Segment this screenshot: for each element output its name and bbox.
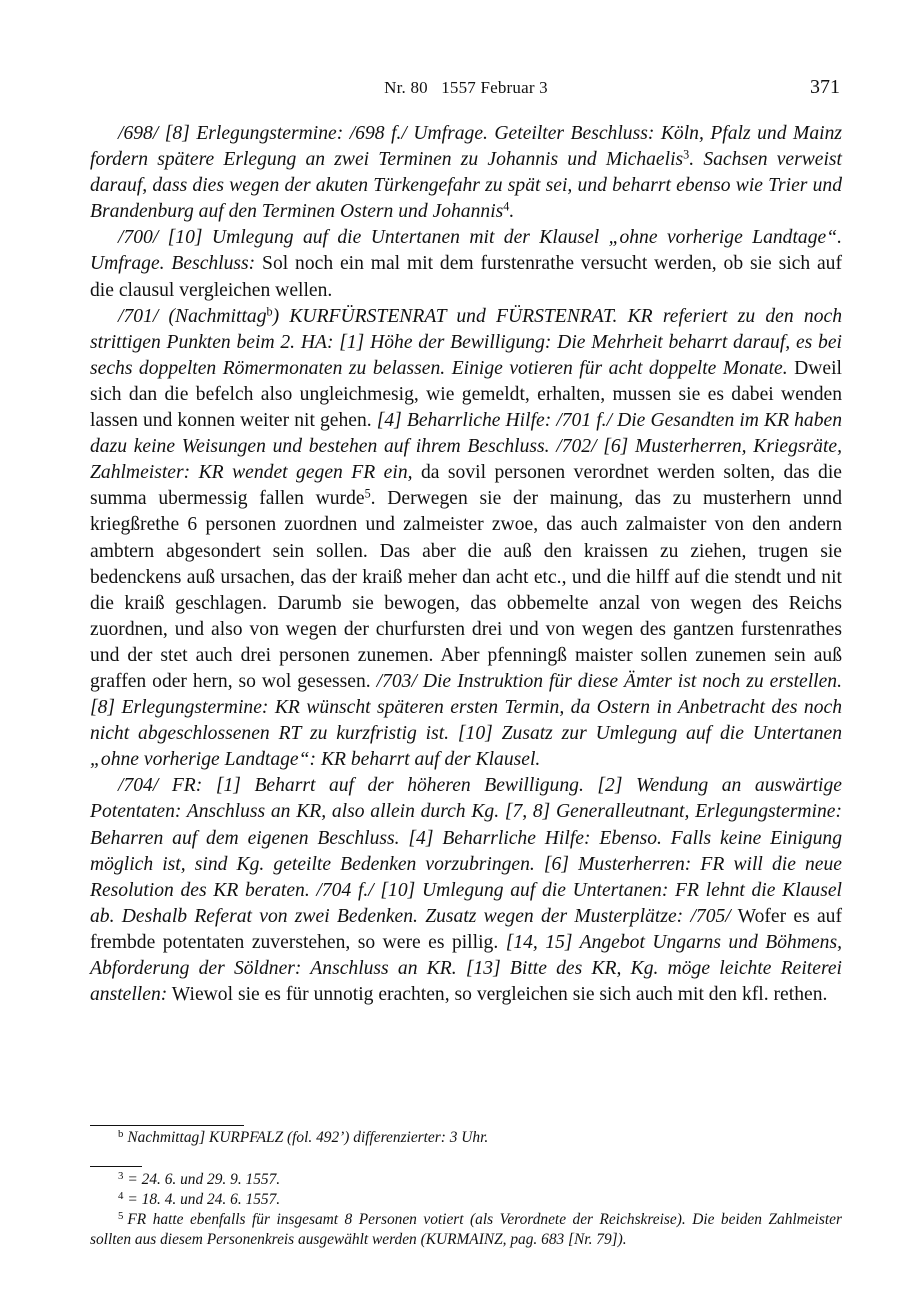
footnote-mark: 5 bbox=[118, 1210, 123, 1222]
footnotes-rule bbox=[90, 1166, 142, 1167]
textual-notes: bNachmittag] KURPFALZ (fol. 492’) differ… bbox=[90, 1128, 842, 1148]
footnote: 5FR hatte ebenfalls für insgesamt 8 Pers… bbox=[90, 1210, 842, 1250]
editorial-summary: . bbox=[509, 201, 514, 222]
footnote-text: FR hatte ebenfalls für insgesamt 8 Perso… bbox=[90, 1211, 842, 1248]
textual-notes-rule bbox=[90, 1125, 244, 1126]
running-head: Nr. 80 1557 Februar 3 371 bbox=[90, 78, 842, 104]
textual-note: bNachmittag] KURPFALZ (fol. 492’) differ… bbox=[90, 1128, 842, 1148]
source-quote: . Derwegen sie der mainung, das zu muste… bbox=[90, 488, 842, 692]
footnote-mark: 3 bbox=[118, 1170, 123, 1182]
editorial-summary: /704/ FR: [1] Beharrt auf der höheren Be… bbox=[90, 775, 842, 926]
editorial-summary: /701/ (Nachmittag bbox=[118, 306, 267, 327]
paragraph: /698/ [8] Erlegungstermine: /698 f./ Umf… bbox=[90, 121, 842, 225]
footnote: 3= 24. 6. und 29. 9. 1557. bbox=[90, 1170, 842, 1190]
source-quote: Wiewol sie es für unnotig erachten, so v… bbox=[167, 984, 827, 1005]
paragraph: /704/ FR: [1] Beharrt auf der höheren Be… bbox=[90, 773, 842, 1008]
note-mark: b bbox=[118, 1128, 123, 1140]
footnote-text: = 18. 4. und 24. 6. 1557. bbox=[127, 1191, 280, 1208]
main-text: /698/ [8] Erlegungstermine: /698 f./ Umf… bbox=[90, 121, 842, 1008]
paragraph: /701/ (Nachmittagb) KURFÜRSTENRAT und FÜ… bbox=[90, 304, 842, 774]
footnotes: 3= 24. 6. und 29. 9. 1557. 4= 18. 4. und… bbox=[90, 1170, 842, 1250]
note-text: Nachmittag] KURPFALZ (fol. 492’) differe… bbox=[127, 1129, 488, 1146]
footnote-mark: 4 bbox=[118, 1190, 123, 1202]
running-head-title: Nr. 80 1557 Februar 3 bbox=[90, 78, 842, 98]
footnote: 4= 18. 4. und 24. 6. 1557. bbox=[90, 1190, 842, 1210]
footnote-text: = 24. 6. und 29. 9. 1557. bbox=[127, 1171, 280, 1188]
paragraph: /700/ [10] Umlegung auf die Untertanen m… bbox=[90, 225, 842, 303]
page-number: 371 bbox=[810, 76, 840, 99]
